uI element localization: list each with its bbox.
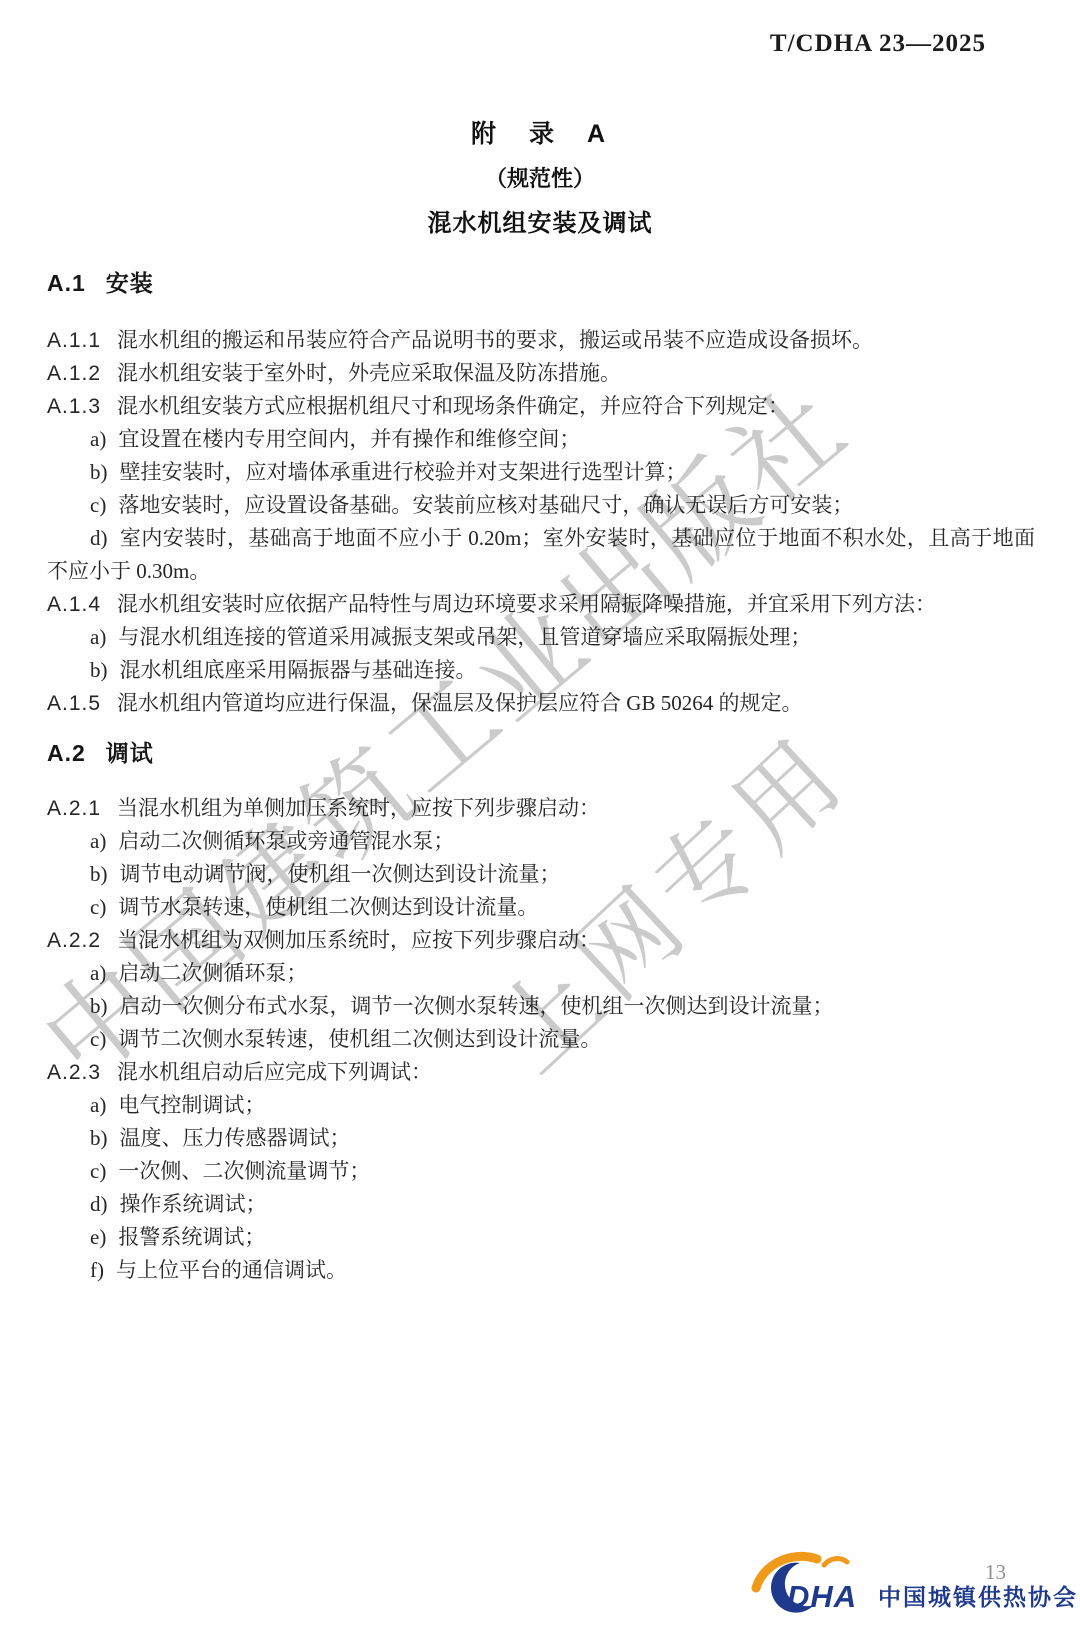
clause-text: 混水机组安装时应依据产品特性与周边环境要求采用隔振降噪措施，并宜采用下列方法： (117, 592, 936, 616)
appendix-title: 附 录 A (0, 114, 1080, 150)
clause-number: A.1 (47, 270, 86, 296)
doc-number: T/CDHA 23—2025 (770, 30, 986, 58)
clause-number: b) (90, 994, 108, 1018)
clause-text: 启动一次侧分布式水泵，调节一次侧水泵转速，使机组一次侧达到设计流量； (120, 994, 834, 1018)
footer: DHA 中国城镇供热协会 (742, 1550, 1078, 1621)
clause-text: 调试 (106, 740, 154, 766)
clause-number: b) (90, 862, 108, 886)
clause-paragraph: A.1.1混水机组的搬运和吊装应符合产品说明书的要求，搬运或吊装不应造成设备损坏… (47, 324, 1035, 357)
list-item: a)与混水机组连接的管道采用减振支架或吊架，且管道穿墙应采取隔振处理； (47, 621, 1035, 654)
list-item: d)室内安装时，基础高于地面不应小于 0.20m；室外安装时，基础应位于地面不积… (47, 522, 1035, 588)
clause-text: 调节二次侧水泵转速，使机组二次侧达到设计流量。 (118, 1027, 601, 1051)
clause-text: 调节电动调节阀，使机组一次侧达到设计流量； (120, 862, 561, 886)
clause-text: 报警系统调试； (118, 1225, 265, 1249)
clause-number: A.2 (47, 740, 86, 766)
clause-number: a) (90, 1093, 106, 1117)
clause-text: 安装 (106, 270, 154, 296)
clause-number: A.1.4 (47, 593, 101, 616)
clause-number: a) (90, 961, 106, 985)
clause-number: d) (90, 1192, 108, 1216)
section-heading: A.2调试 (47, 738, 1035, 768)
clause-text: 室内安装时，基础高于地面不应小于 0.20m；室外安装时，基础应位于地面不积水处… (47, 526, 1035, 583)
clause-text: 混水机组底座采用隔振器与基础连接。 (120, 658, 477, 682)
clause-text: 落地安装时，应设置设备基础。安装前应核对基础尺寸，确认无误后方可安装； (118, 493, 853, 517)
clause-text: 混水机组安装方式应根据机组尺寸和现场条件确定，并应符合下列规定： (117, 394, 789, 418)
list-item: c)一次侧、二次侧流量调节； (47, 1155, 1035, 1188)
list-item: b)调节电动调节阀，使机组一次侧达到设计流量； (47, 858, 1035, 891)
document-body: A.1安装A.1.1混水机组的搬运和吊装应符合产品说明书的要求，搬运或吊装不应造… (47, 268, 1035, 1287)
clause-text: 电气控制调试； (118, 1093, 265, 1117)
clause-number: A.1.5 (47, 692, 101, 715)
org-name: 中国城镇供热协会 (878, 1579, 1078, 1621)
list-item: a)启动二次侧循环泵或旁通管混水泵； (47, 825, 1035, 858)
clause-paragraph: A.1.3混水机组安装方式应根据机组尺寸和现场条件确定，并应符合下列规定： (47, 390, 1035, 423)
list-item: b)混水机组底座采用隔振器与基础连接。 (47, 654, 1035, 687)
list-item: d)操作系统调试； (47, 1188, 1035, 1221)
clause-number: c) (90, 895, 106, 919)
cdha-logo-icon: DHA (742, 1550, 872, 1621)
list-item: b)温度、压力传感器调试； (47, 1122, 1035, 1155)
clause-text: 温度、压力传感器调试； (120, 1126, 351, 1150)
clause-paragraph: A.1.5混水机组内管道均应进行保温，保温层及保护层应符合 GB 50264 的… (47, 687, 1035, 720)
clause-number: c) (90, 1159, 106, 1183)
clause-number: c) (90, 1027, 106, 1051)
list-item: c)调节二次侧水泵转速，使机组二次侧达到设计流量。 (47, 1023, 1035, 1056)
list-item: c)落地安装时，应设置设备基础。安装前应核对基础尺寸，确认无误后方可安装； (47, 489, 1035, 522)
clause-text: 宜设置在楼内专用空间内，并有操作和维修空间； (118, 427, 580, 451)
clause-number: A.2.1 (47, 797, 101, 820)
clause-number: A.2.2 (47, 929, 101, 952)
clause-text: 启动二次侧循环泵； (118, 961, 307, 985)
clause-number: A.1.1 (47, 329, 101, 352)
list-item: a)启动二次侧循环泵； (47, 957, 1035, 990)
list-item: e)报警系统调试； (47, 1221, 1035, 1254)
clause-text: 与上位平台的通信调试。 (116, 1258, 347, 1282)
clause-text: 混水机组启动后应完成下列调试： (117, 1060, 432, 1084)
logo-acronym: DHA (787, 1579, 857, 1614)
clause-number: a) (90, 625, 106, 649)
clause-number: b) (90, 460, 108, 484)
clause-number: c) (90, 493, 106, 517)
list-item: b)壁挂安装时，应对墙体承重进行校验并对支架进行选型计算； (47, 456, 1035, 489)
clause-text: 混水机组内管道均应进行保温，保温层及保护层应符合 GB 50264 的规定。 (117, 691, 802, 715)
clause-number: e) (90, 1225, 106, 1249)
appendix-subject-title: 混水机组安装及调试 (0, 203, 1080, 238)
clause-text: 与混水机组连接的管道采用减振支架或吊架，且管道穿墙应采取隔振处理； (118, 625, 811, 649)
clause-paragraph: A.2.1当混水机组为单侧加压系统时，应按下列步骤启动： (47, 792, 1035, 825)
document-page: 中国建筑工业出版社 上网专用 T/CDHA 23—2025 附 录 A （规范性… (0, 0, 1080, 1639)
title-block: 附 录 A （规范性） 混水机组安装及调试 (0, 114, 1080, 238)
clause-number: a) (90, 829, 106, 853)
clause-number: f) (90, 1258, 104, 1282)
clause-number: b) (90, 1126, 108, 1150)
clause-text: 操作系统调试； (120, 1192, 267, 1216)
clause-text: 启动二次侧循环泵或旁通管混水泵； (118, 829, 454, 853)
list-item: a)宜设置在楼内专用空间内，并有操作和维修空间； (47, 423, 1035, 456)
clause-text: 当混水机组为单侧加压系统时，应按下列步骤启动： (117, 796, 600, 820)
clause-number: A.1.2 (47, 362, 101, 385)
section-heading: A.1安装 (47, 268, 1035, 298)
clause-number: d) (90, 526, 108, 550)
clause-text: 混水机组的搬运和吊装应符合产品说明书的要求，搬运或吊装不应造成设备损坏。 (117, 328, 873, 352)
clause-text: 混水机组安装于室外时，外壳应采取保温及防冻措施。 (117, 361, 621, 385)
appendix-normative-label: （规范性） (0, 162, 1080, 193)
list-item: b)启动一次侧分布式水泵，调节一次侧水泵转速，使机组一次侧达到设计流量； (47, 990, 1035, 1023)
clause-text: 调节水泵转速，使机组二次侧达到设计流量。 (118, 895, 538, 919)
clause-paragraph: A.1.4混水机组安装时应依据产品特性与周边环境要求采用隔振降噪措施，并宜采用下… (47, 588, 1035, 621)
clause-text: 壁挂安装时，应对墙体承重进行校验并对支架进行选型计算； (120, 460, 687, 484)
clause-number: A.2.3 (47, 1061, 101, 1084)
clause-paragraph: A.1.2混水机组安装于室外时，外壳应采取保温及防冻措施。 (47, 357, 1035, 390)
clause-number: a) (90, 427, 106, 451)
list-item: a)电气控制调试； (47, 1089, 1035, 1122)
clause-text: 一次侧、二次侧流量调节； (118, 1159, 370, 1183)
clause-paragraph: A.2.3混水机组启动后应完成下列调试： (47, 1056, 1035, 1089)
clause-text: 当混水机组为双侧加压系统时，应按下列步骤启动： (117, 928, 600, 952)
clause-number: b) (90, 658, 108, 682)
clause-paragraph: A.2.2当混水机组为双侧加压系统时，应按下列步骤启动： (47, 924, 1035, 957)
clause-number: A.1.3 (47, 395, 101, 418)
list-item: c)调节水泵转速，使机组二次侧达到设计流量。 (47, 891, 1035, 924)
list-item: f)与上位平台的通信调试。 (47, 1254, 1035, 1287)
